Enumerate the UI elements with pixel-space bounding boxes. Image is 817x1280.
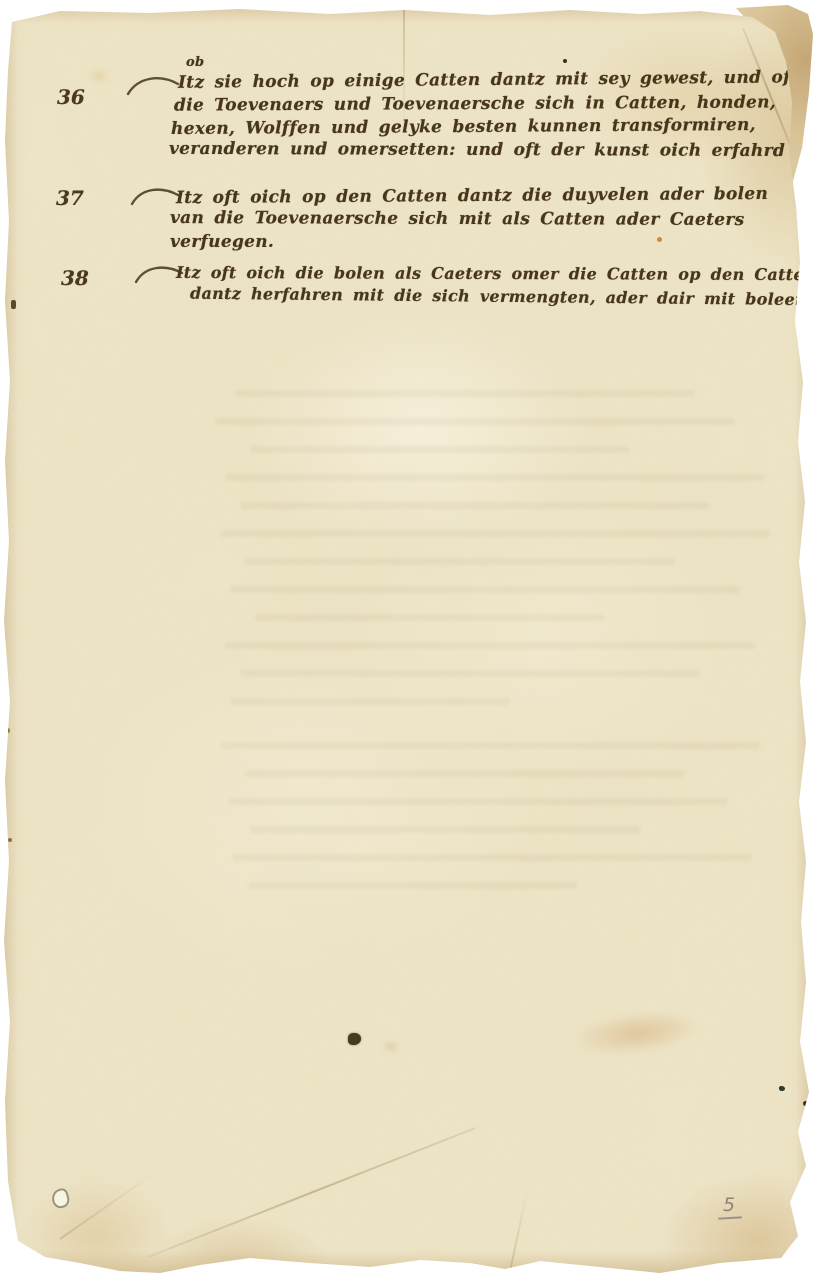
bleedthrough-line bbox=[245, 770, 685, 777]
text-line: van die Toevenaersche sich mit als Catte… bbox=[170, 208, 745, 230]
flourish-stroke-icon bbox=[130, 184, 180, 208]
pencil-page-number-underline bbox=[718, 1216, 742, 1219]
crease-bottom-left-2 bbox=[59, 1169, 158, 1239]
bleedthrough-line bbox=[220, 530, 770, 537]
bleedthrough-line bbox=[232, 854, 752, 861]
ink-dot-top bbox=[563, 59, 567, 63]
entry-number: 38 bbox=[61, 266, 89, 290]
bleedthrough-line bbox=[235, 390, 695, 397]
green-speck-right bbox=[779, 1086, 785, 1091]
worm-hole bbox=[50, 1187, 71, 1210]
text-line: Itz sie hoch op einige Catten dantz mit … bbox=[178, 67, 799, 92]
interlinear-insertion: ob bbox=[186, 55, 204, 70]
bleedthrough-line bbox=[250, 826, 640, 833]
left-edge-speck bbox=[8, 838, 12, 842]
bleedthrough-line bbox=[230, 698, 510, 705]
stain-tan-blob bbox=[573, 1005, 702, 1062]
stain-tan-small bbox=[382, 1040, 400, 1053]
scanned-document: 36 ob Itz sie hoch op einige Catten dant… bbox=[0, 0, 817, 1280]
left-edge-mark bbox=[11, 300, 16, 309]
left-edge-speck bbox=[6, 728, 10, 733]
flourish-stroke-icon bbox=[126, 72, 180, 98]
text-line: verfuegen. bbox=[170, 232, 274, 252]
dark-speck-right-edge bbox=[803, 1101, 808, 1106]
bleedthrough-line bbox=[215, 418, 735, 425]
crease-bottom-right bbox=[509, 1189, 528, 1270]
dark-spot bbox=[348, 1033, 361, 1045]
stain-yellow-top-left bbox=[88, 68, 110, 84]
text-line: veranderen und omersetten: und oft der k… bbox=[169, 139, 817, 161]
bleedthrough-line bbox=[225, 642, 755, 649]
bleedthrough-line bbox=[228, 798, 728, 805]
text-line: Itz oft oich op den Catten dantz die duy… bbox=[176, 184, 768, 208]
bleedthrough-line bbox=[220, 742, 760, 749]
text-line: hexen, Wolffen und gelyke besten kunnen … bbox=[171, 115, 756, 139]
bleedthrough-line bbox=[248, 882, 578, 889]
manuscript-page: 36 ob Itz sie hoch op einige Catten dant… bbox=[0, 0, 817, 1280]
bleedthrough-line bbox=[225, 474, 765, 481]
crease-bottom-left bbox=[148, 1127, 476, 1258]
bleedthrough-line bbox=[255, 614, 605, 621]
bleedthrough-line bbox=[240, 502, 710, 509]
text-line: Itz oft oich die bolen als Caeters omer … bbox=[176, 263, 816, 284]
entry-number: 37 bbox=[56, 186, 84, 210]
orange-speck bbox=[657, 237, 662, 242]
bleedthrough-line bbox=[245, 558, 675, 565]
pencil-page-number: 5 bbox=[723, 1194, 735, 1216]
bleedthrough-line bbox=[230, 586, 740, 593]
entry-number: 36 bbox=[57, 85, 85, 109]
text-line: dantz herfahren mit die sich vermengten,… bbox=[190, 284, 817, 310]
text-line: die Toevenaers und Toevenaersche sich in… bbox=[174, 92, 776, 115]
bleedthrough-line bbox=[240, 670, 700, 677]
bleedthrough-line bbox=[250, 446, 630, 453]
